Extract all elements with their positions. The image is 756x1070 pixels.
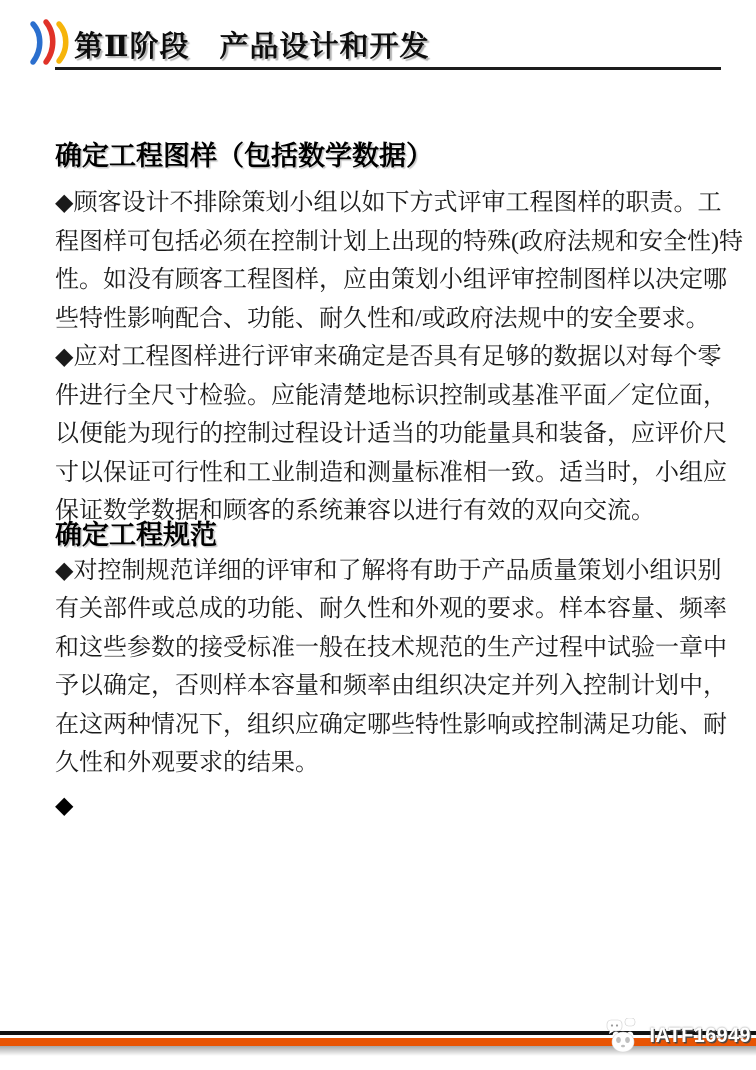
logo-stroke-blue: [33, 24, 40, 62]
page-title: 第Ⅱ阶段 产品设计和开发: [74, 24, 429, 65]
section1-heading: 确定工程图样（包括数学数据）: [55, 140, 755, 173]
logo-stroke-red: [46, 22, 53, 62]
slide-header: 第Ⅱ阶段 产品设计和开发: [0, 0, 756, 72]
header-divider: [55, 67, 721, 70]
footer-brand: IATF16949: [605, 1017, 751, 1055]
logo-stroke-yellow: [59, 24, 66, 61]
section1-paragraph-2: ◆应对工程图样进行评审来确定是否具有足够的数据以对每个零 件进行全尺寸检验。应能…: [55, 338, 755, 531]
triple-chevron-logo-icon: [27, 19, 73, 65]
section1-paragraph-1: ◆顾客设计不排除策划小组以如下方式评审工程图样的职责。工 程图样可包括必须在控制…: [55, 184, 755, 338]
slide-page: 第Ⅱ阶段 产品设计和开发 确定工程图样（包括数学数据） ◆顾客设计不排除策划小组…: [0, 0, 756, 1070]
brand-label: IATF16949: [649, 1024, 751, 1048]
slide-body: 确定工程图样（包括数学数据） ◆顾客设计不排除策划小组以如下方式评审工程图样的职…: [55, 140, 755, 821]
wechat-panda-icon: [605, 1018, 639, 1054]
section2-paragraph-1: ◆对控制规范详细的评审和了解将有助于产品质量策划小组识别 有关部件或总成的功能、…: [55, 552, 755, 783]
empty-bullet-marker: ◆: [55, 791, 755, 821]
